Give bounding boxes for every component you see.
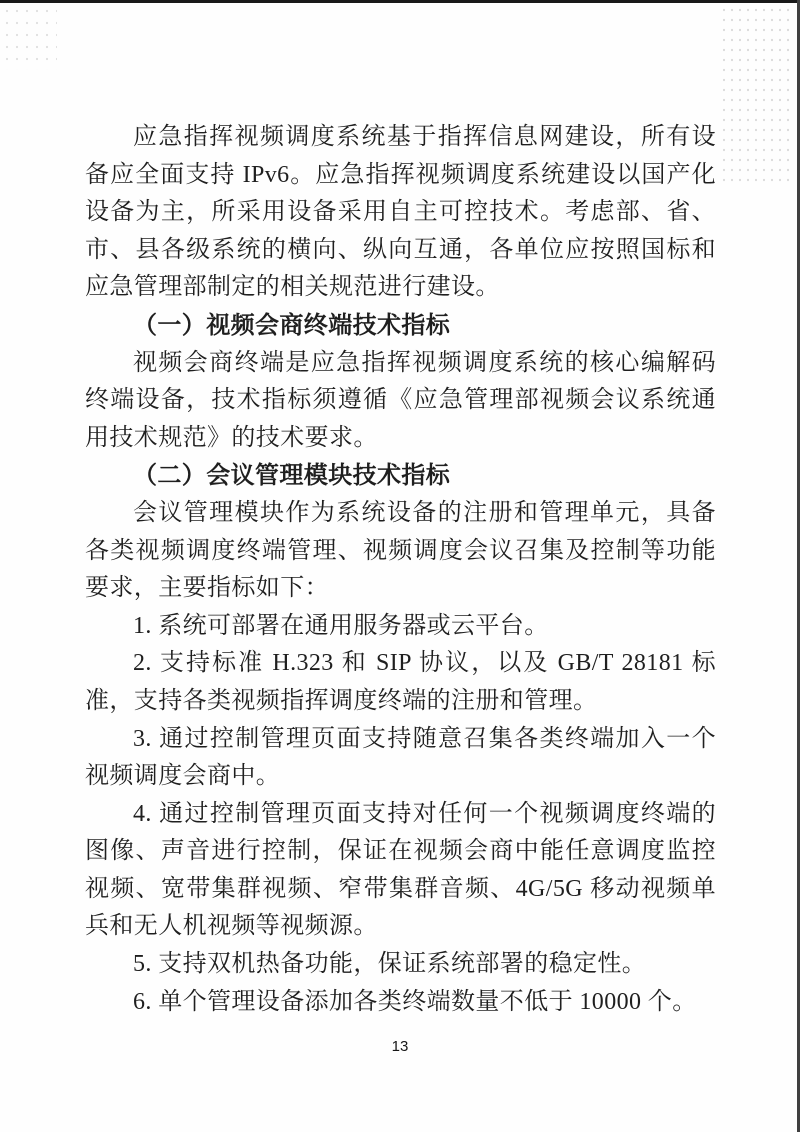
- section2-intro-paragraph: 会议管理模块作为系统设备的注册和管理单元，具备各类视频调度终端管理、视频调度会议…: [85, 495, 716, 608]
- scan-noise-top-left: [2, 5, 57, 70]
- list-item-2: 2. 支持标准 H.323 和 SIP 协议，以及 GB/T 28181 标准，…: [85, 645, 716, 720]
- paragraph-intro: 应急指挥视频调度系统基于指挥信息网建设，所有设备应全面支持 IPv6。应急指挥视…: [85, 119, 716, 307]
- scan-noise-top-right: [720, 5, 795, 185]
- scan-artifact-top-edge: [0, 0, 800, 3]
- list-item-6: 6. 单个管理设备添加各类终端数量不低于 10000 个。: [85, 984, 716, 1022]
- document-page: 应急指挥视频调度系统基于指挥信息网建设，所有设备应全面支持 IPv6。应急指挥视…: [0, 0, 800, 1132]
- list-item-4: 4. 通过控制管理页面支持对任何一个视频调度终端的图像、声音进行控制，保证在视频…: [85, 796, 716, 946]
- page-body: 应急指挥视频调度系统基于指挥信息网建设，所有设备应全面支持 IPv6。应急指挥视…: [85, 119, 716, 1021]
- list-item-1: 1. 系统可部署在通用服务器或云平台。: [85, 608, 716, 646]
- list-item-3: 3. 通过控制管理页面支持随意召集各类终端加入一个视频调度会商中。: [85, 721, 716, 796]
- page-number: 13: [0, 1038, 800, 1055]
- section2-heading: （二）会议管理模块技术指标: [85, 457, 716, 495]
- section1-heading: （一）视频会商终端技术指标: [85, 307, 716, 345]
- list-item-5: 5. 支持双机热备功能，保证系统部署的稳定性。: [85, 946, 716, 984]
- section1-paragraph: 视频会商终端是应急指挥视频调度系统的核心编解码终端设备，技术指标须遵循《应急管理…: [85, 345, 716, 458]
